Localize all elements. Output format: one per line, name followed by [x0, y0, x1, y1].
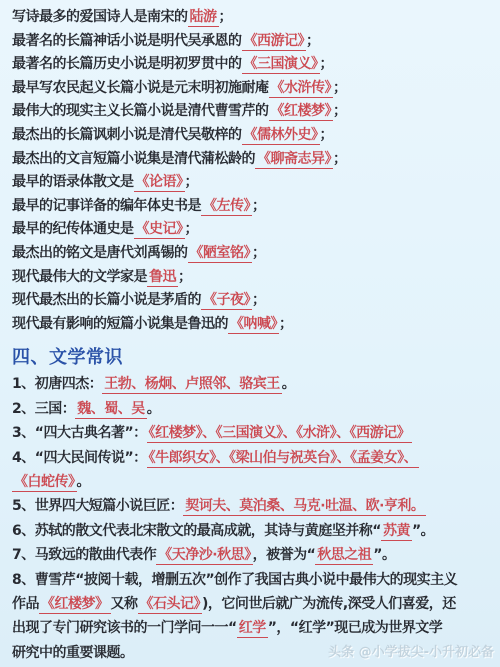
text-segment: ”，“红学”现已成为世界文学 — [268, 620, 443, 636]
text-line: 最杰出的文言短篇小说集是清代蒲松龄的《聊斋志异》； — [12, 148, 490, 172]
text-segment: )，它问世后就广为流传,深受人们喜爱，还 — [202, 596, 456, 612]
text-segment: ； — [306, 33, 320, 49]
text-segment: 4、“四大民间传说”： — [12, 450, 147, 466]
text-line: 最杰出的铭文是唐代刘禹锡的《陋室铭》； — [12, 242, 490, 266]
text-line: 1、初唐四杰：王勃、杨炯、卢照邻、骆宾王。 — [12, 372, 490, 396]
text-segment: 6、苏轼的散文代表北宋散文的最高成就，其诗与黄庭坚并称“ — [12, 523, 381, 539]
highlight-text: 《史记》 — [134, 221, 185, 239]
text-segment: ； — [185, 174, 199, 190]
text-segment: 作品 — [12, 596, 39, 612]
text-segment: ； — [252, 292, 266, 308]
watermark: 头条 @小学拔尖-小升初必备 — [328, 641, 494, 660]
text-segment: 研究中的重要课题。 — [12, 645, 134, 661]
text-segment: 2、三国： — [12, 401, 75, 417]
text-segment: 写诗最多的爱国诗人是南宋的 — [12, 9, 188, 25]
text-line: 6、苏轼的散文代表北宋散文的最高成就，其诗与黄庭坚并称“苏黄”。 — [12, 519, 490, 543]
text-segment: ； — [333, 103, 347, 119]
text-segment: 3、“四大古典名著”： — [12, 425, 147, 441]
text-segment: ； — [333, 151, 347, 167]
highlight-text: 鲁迅 — [147, 269, 178, 287]
text-line: 最早的语录体散文是《论语》； — [12, 171, 490, 195]
highlight-text: 《论语》 — [134, 174, 185, 192]
highlight-text: 魏、蜀、吴 — [75, 401, 147, 419]
text-segment: 8、曹雪芹“披阅十载，增删五次”创作了我国古典小说中最伟大的现实主义 — [12, 572, 457, 588]
highlight-text: 契诃夫、莫泊桑、马克·吐温、欧·亨利。 — [183, 498, 426, 516]
text-segment: ，被誉为“ — [253, 547, 316, 563]
text-segment: 最著名的长篇神话小说是明代吴承恩的 — [12, 33, 242, 49]
text-segment: 现代最伟大的文学家是 — [12, 269, 147, 285]
highlight-text: 《聊斋志异》 — [255, 151, 333, 169]
text-segment: 最杰出的文言短篇小说集是清代蒲松龄的 — [12, 151, 255, 167]
text-segment: 。 — [77, 474, 91, 490]
highlight-text: 《子夜》 — [201, 292, 252, 310]
highlight-text: 《呐喊》 — [228, 316, 279, 334]
text-segment: ； — [320, 127, 334, 143]
text-line: 最早写农民起义长篇小说是元末明初施耐庵《水浒传》； — [12, 77, 490, 101]
highlight-text: 陆游 — [188, 9, 219, 27]
text-segment: 最早的纪传体通史是 — [12, 221, 134, 237]
text-segment: ； — [279, 316, 293, 332]
text-line: 最伟大的现实主义长篇小说是清代曹雪芹的《红楼梦》； — [12, 100, 490, 124]
text-segment: 5、世界四大短篇小说巨匠： — [12, 498, 183, 514]
text-segment: 最杰出的长篇讽刺小说是清代吴敬梓的 — [12, 127, 242, 143]
text-segment: 最早的语录体散文是 — [12, 174, 134, 190]
text-line: 现代最有影响的短篇小说集是鲁迅的《呐喊》； — [12, 313, 490, 337]
text-segment: ； — [178, 269, 192, 285]
text-segment: 。 — [282, 376, 296, 392]
section-heading: 四、文学常识 — [12, 344, 490, 372]
text-segment: ”。 — [412, 523, 434, 539]
text-line: 现代最杰出的长篇小说是茅盾的《子夜》； — [12, 289, 490, 313]
highlight-text: 《红楼梦》 — [39, 596, 111, 614]
highlight-text: 《西游记》 — [242, 33, 307, 51]
text-line: 最早的记事详备的编年体史书是《左传》； — [12, 195, 490, 219]
text-segment: 。 — [147, 401, 161, 417]
text-segment: 又称 — [111, 596, 138, 612]
text-line: 现代最伟大的文学家是鲁迅； — [12, 266, 490, 290]
text-line: 最杰出的长篇讽刺小说是清代吴敬梓的《儒林外史》； — [12, 124, 490, 148]
highlight-text: 《左传》 — [201, 198, 252, 216]
text-line: 最著名的长篇神话小说是明代吴承恩的《西游记》； — [12, 30, 490, 54]
highlight-text: 《白蛇传》 — [12, 474, 77, 492]
text-segment: 最杰出的铭文是唐代刘禹锡的 — [12, 245, 188, 261]
highlight-text: 《陋室铭》 — [188, 245, 253, 263]
text-line: 4、“四大民间传说”：《牛郎织女》、《梁山伯与祝英台》、《孟姜女》、 — [12, 446, 490, 470]
document-page: 写诗最多的爱国诗人是南宋的陆游；最著名的长篇神话小说是明代吴承恩的《西游记》；最… — [0, 0, 500, 667]
text-segment: 最著名的长篇历史小说是明初罗贯中的 — [12, 56, 242, 72]
text-segment: 最早写农民起义长篇小说是元末明初施耐庵 — [12, 80, 269, 96]
intro-list: 写诗最多的爱国诗人是南宋的陆游；最著名的长篇神话小说是明代吴承恩的《西游记》；最… — [12, 6, 490, 336]
text-line: 最著名的长篇历史小说是明初罗贯中的《三国演义》； — [12, 53, 490, 77]
text-segment: ； — [252, 245, 266, 261]
highlight-text: 《石头记》 — [138, 596, 203, 614]
text-segment: 最伟大的现实主义长篇小说是清代曹雪芹的 — [12, 103, 269, 119]
highlight-text: 《水浒传》 — [269, 80, 334, 98]
text-line: 8、曹雪芹“披阅十载，增删五次”创作了我国古典小说中最伟大的现实主义 — [12, 568, 490, 592]
text-line: 5、世界四大短篇小说巨匠：契诃夫、莫泊桑、马克·吐温、欧·亨利。 — [12, 494, 490, 518]
highlight-text: 《天净沙·秋思》 — [156, 547, 252, 565]
highlight-text: 《红楼梦》 — [269, 103, 334, 121]
text-line: 3、“四大古典名著”：《红楼梦》、《三国演义》、《水浒》、《西游记》 — [12, 421, 490, 445]
highlight-text: 《三国演义》 — [242, 56, 320, 74]
text-segment: ”。 — [373, 547, 395, 563]
text-line: 出现了专门研究该书的一门学问一一“红学”，“红学”现已成为世界文学 — [12, 616, 490, 640]
text-segment: 1、初唐四杰： — [12, 376, 102, 392]
text-line: 写诗最多的爱国诗人是南宋的陆游； — [12, 6, 490, 30]
text-segment: ； — [320, 56, 334, 72]
text-segment: 7、马致远的散曲代表作 — [12, 547, 156, 563]
highlight-text: 红学 — [237, 620, 268, 638]
text-line: 2、三国：魏、蜀、吴。 — [12, 397, 490, 421]
highlight-text: 《儒林外史》 — [242, 127, 320, 145]
text-line: 作品《红楼梦》又称《石头记》)，它问世后就广为流传,深受人们喜爱，还 — [12, 592, 490, 616]
items-list: 1、初唐四杰：王勃、杨炯、卢照邻、骆宾王。2、三国：魏、蜀、吴。3、“四大古典名… — [12, 372, 490, 665]
text-segment: ； — [252, 198, 266, 214]
text-segment: 现代最杰出的长篇小说是茅盾的 — [12, 292, 201, 308]
highlight-text: 苏黄 — [381, 523, 412, 541]
highlight-text: 《红楼梦》、《三国演义》、《水浒》、《西游记》 — [147, 425, 413, 443]
text-segment: 最早的记事详备的编年体史书是 — [12, 198, 201, 214]
text-segment: ； — [185, 221, 199, 237]
highlight-text: 秋思之祖 — [315, 547, 373, 565]
text-line: 《白蛇传》。 — [12, 470, 490, 494]
text-line: 7、马致远的散曲代表作《天净沙·秋思》，被誉为“秋思之祖”。 — [12, 543, 490, 567]
text-segment: ； — [333, 80, 347, 96]
highlight-text: 《牛郎织女》、《梁山伯与祝英台》、《孟姜女》、 — [147, 450, 420, 468]
highlight-text: 王勃、杨炯、卢照邻、骆宾王 — [102, 376, 282, 394]
text-segment: 现代最有影响的短篇小说集是鲁迅的 — [12, 316, 228, 332]
text-segment: ； — [219, 9, 233, 25]
text-line: 最早的纪传体通史是《史记》； — [12, 218, 490, 242]
text-segment: 出现了专门研究该书的一门学问一一“ — [12, 620, 237, 636]
